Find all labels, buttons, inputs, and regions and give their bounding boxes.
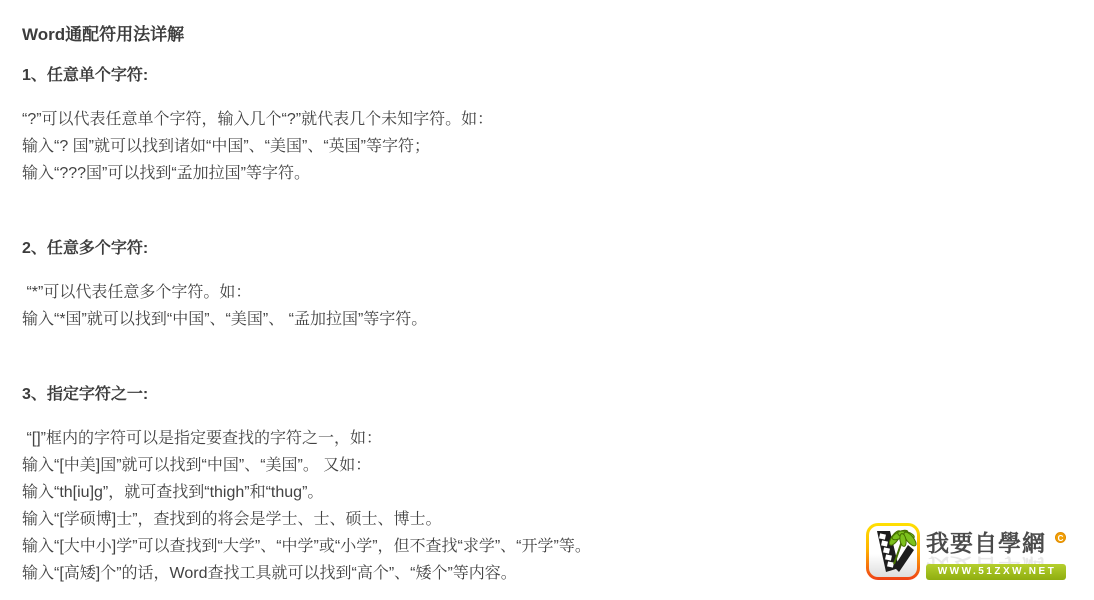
logo-icon-frame — [866, 523, 920, 580]
body-line: 输入“th[iu]g”，就可查找到“thigh”和“thug”。 — [22, 479, 1064, 506]
article-body: Word通配符用法详解 1、任意单个字符: “?”可以代表任意单个字符，输入几个… — [0, 0, 1094, 587]
section-2-heading: 2、任意多个字符: — [22, 237, 1064, 261]
section-1-heading: 1、任意单个字符: — [22, 64, 1064, 88]
section-1-paragraph: “?”可以代表任意单个字符，输入几个“?”就代表几个未知字符。如： 输入“? 国… — [22, 106, 1064, 187]
site-watermark-logo: 我要自學網 我要自學網 C WWW.51ZXW.NET — [866, 523, 1066, 580]
v-filmstrip-leaf-icon-svg — [869, 526, 917, 577]
body-line: 输入“? 国”就可以找到诸如“中国”、“美国”、“英国”等字符； — [22, 133, 1064, 160]
copyright-badge-icon: C — [1055, 532, 1066, 543]
body-line: 输入“*国”就可以找到“中国”、“美国”、 “孟加拉国”等字符。 — [22, 306, 1064, 333]
body-line: 输入“[中美]国”就可以找到“中国”、“美国”。 又如： — [22, 452, 1064, 479]
section-any-multiple-chars: 2、任意多个字符: “*”可以代表任意多个字符。如： 输入“*国”就可以找到“中… — [22, 237, 1064, 333]
section-3-heading: 3、指定字符之一: — [22, 383, 1064, 407]
logo-text-block: 我要自學網 我要自學網 C WWW.51ZXW.NET — [926, 523, 1066, 580]
body-line: “*”可以代表任意多个字符。如： — [22, 279, 1064, 306]
section-any-single-char: 1、任意单个字符: “?”可以代表任意单个字符，输入几个“?”就代表几个未知字符… — [22, 64, 1064, 187]
body-line: 输入“???国”可以找到“孟加拉国”等字符。 — [22, 160, 1064, 187]
section-2-paragraph: “*”可以代表任意多个字符。如： 输入“*国”就可以找到“中国”、“美国”、 “… — [22, 279, 1064, 333]
body-line: “[]”框内的字符可以是指定要查找的字符之一，如： — [22, 425, 1064, 452]
site-name: 我要自學網 — [926, 525, 1046, 558]
site-url-bar: WWW.51ZXW.NET — [926, 564, 1066, 580]
v-filmstrip-leaf-icon — [869, 526, 917, 577]
body-line: “?”可以代表任意单个字符，输入几个“?”就代表几个未知字符。如： — [22, 106, 1064, 133]
page-title: Word通配符用法详解 — [22, 22, 1064, 48]
